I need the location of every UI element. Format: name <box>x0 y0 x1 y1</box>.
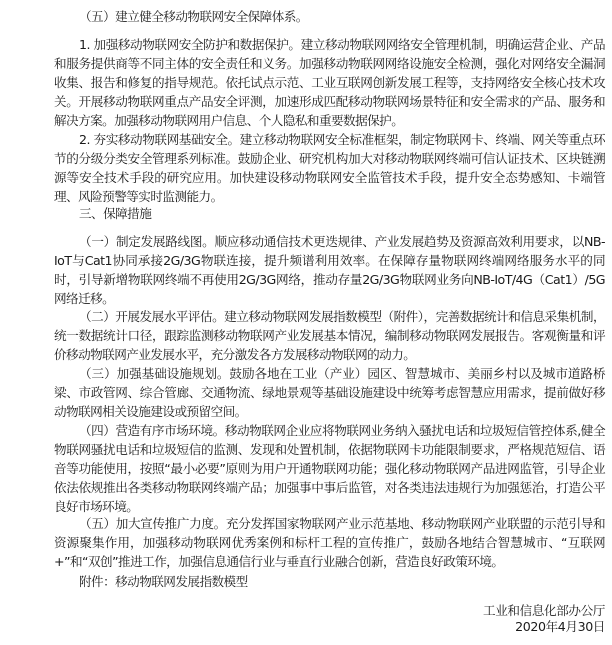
paragraph-measure-3: （三）加强基础设施规划。鼓励各地在工业（产业）园区、智慧城市、美丽乡村以及城市道… <box>54 364 605 421</box>
paragraph-measure-2: （二）开展发展水平评估。建立移动物联网发展指数模型（附件），完善数据统计和信息采… <box>54 307 605 364</box>
section-five-heading: （五）建立健全移动物联网安全保障体系。 <box>54 7 308 26</box>
section-three-heading: 三、保障措施 <box>54 204 151 223</box>
paragraph-measure-5: （五）加大宣传推广力度。充分发挥国家物联网产业示范基地、移动物联网产业联盟的示范… <box>54 514 605 571</box>
paragraph-measure-1: （一）制定发展路线图。顺应移动通信技术更迭规律、产业发展趋势及资源高效利用要求，… <box>54 232 605 308</box>
paragraph-measure-4: （四）营造有序市场环境。移动物联网企业应将物联网业务纳入骚扰电话和垃圾短信管控体… <box>54 421 605 516</box>
signature-date: 2020年4月30日 <box>515 619 605 635</box>
paragraph-item-2: 2. 夯实移动物联网基础安全。建立移动物联网安全标准框架，制定物联网卡、终端、网… <box>54 130 605 206</box>
signature-issuer: 工业和信息化部办公厅 <box>483 603 605 619</box>
paragraph-item-1: 1. 加强移动物联网安全防护和数据保护。建立移动物联网网络安全管理机制，明确运营… <box>54 35 605 130</box>
attachment-line: 附件：移动物联网发展指数模型 <box>54 572 248 591</box>
